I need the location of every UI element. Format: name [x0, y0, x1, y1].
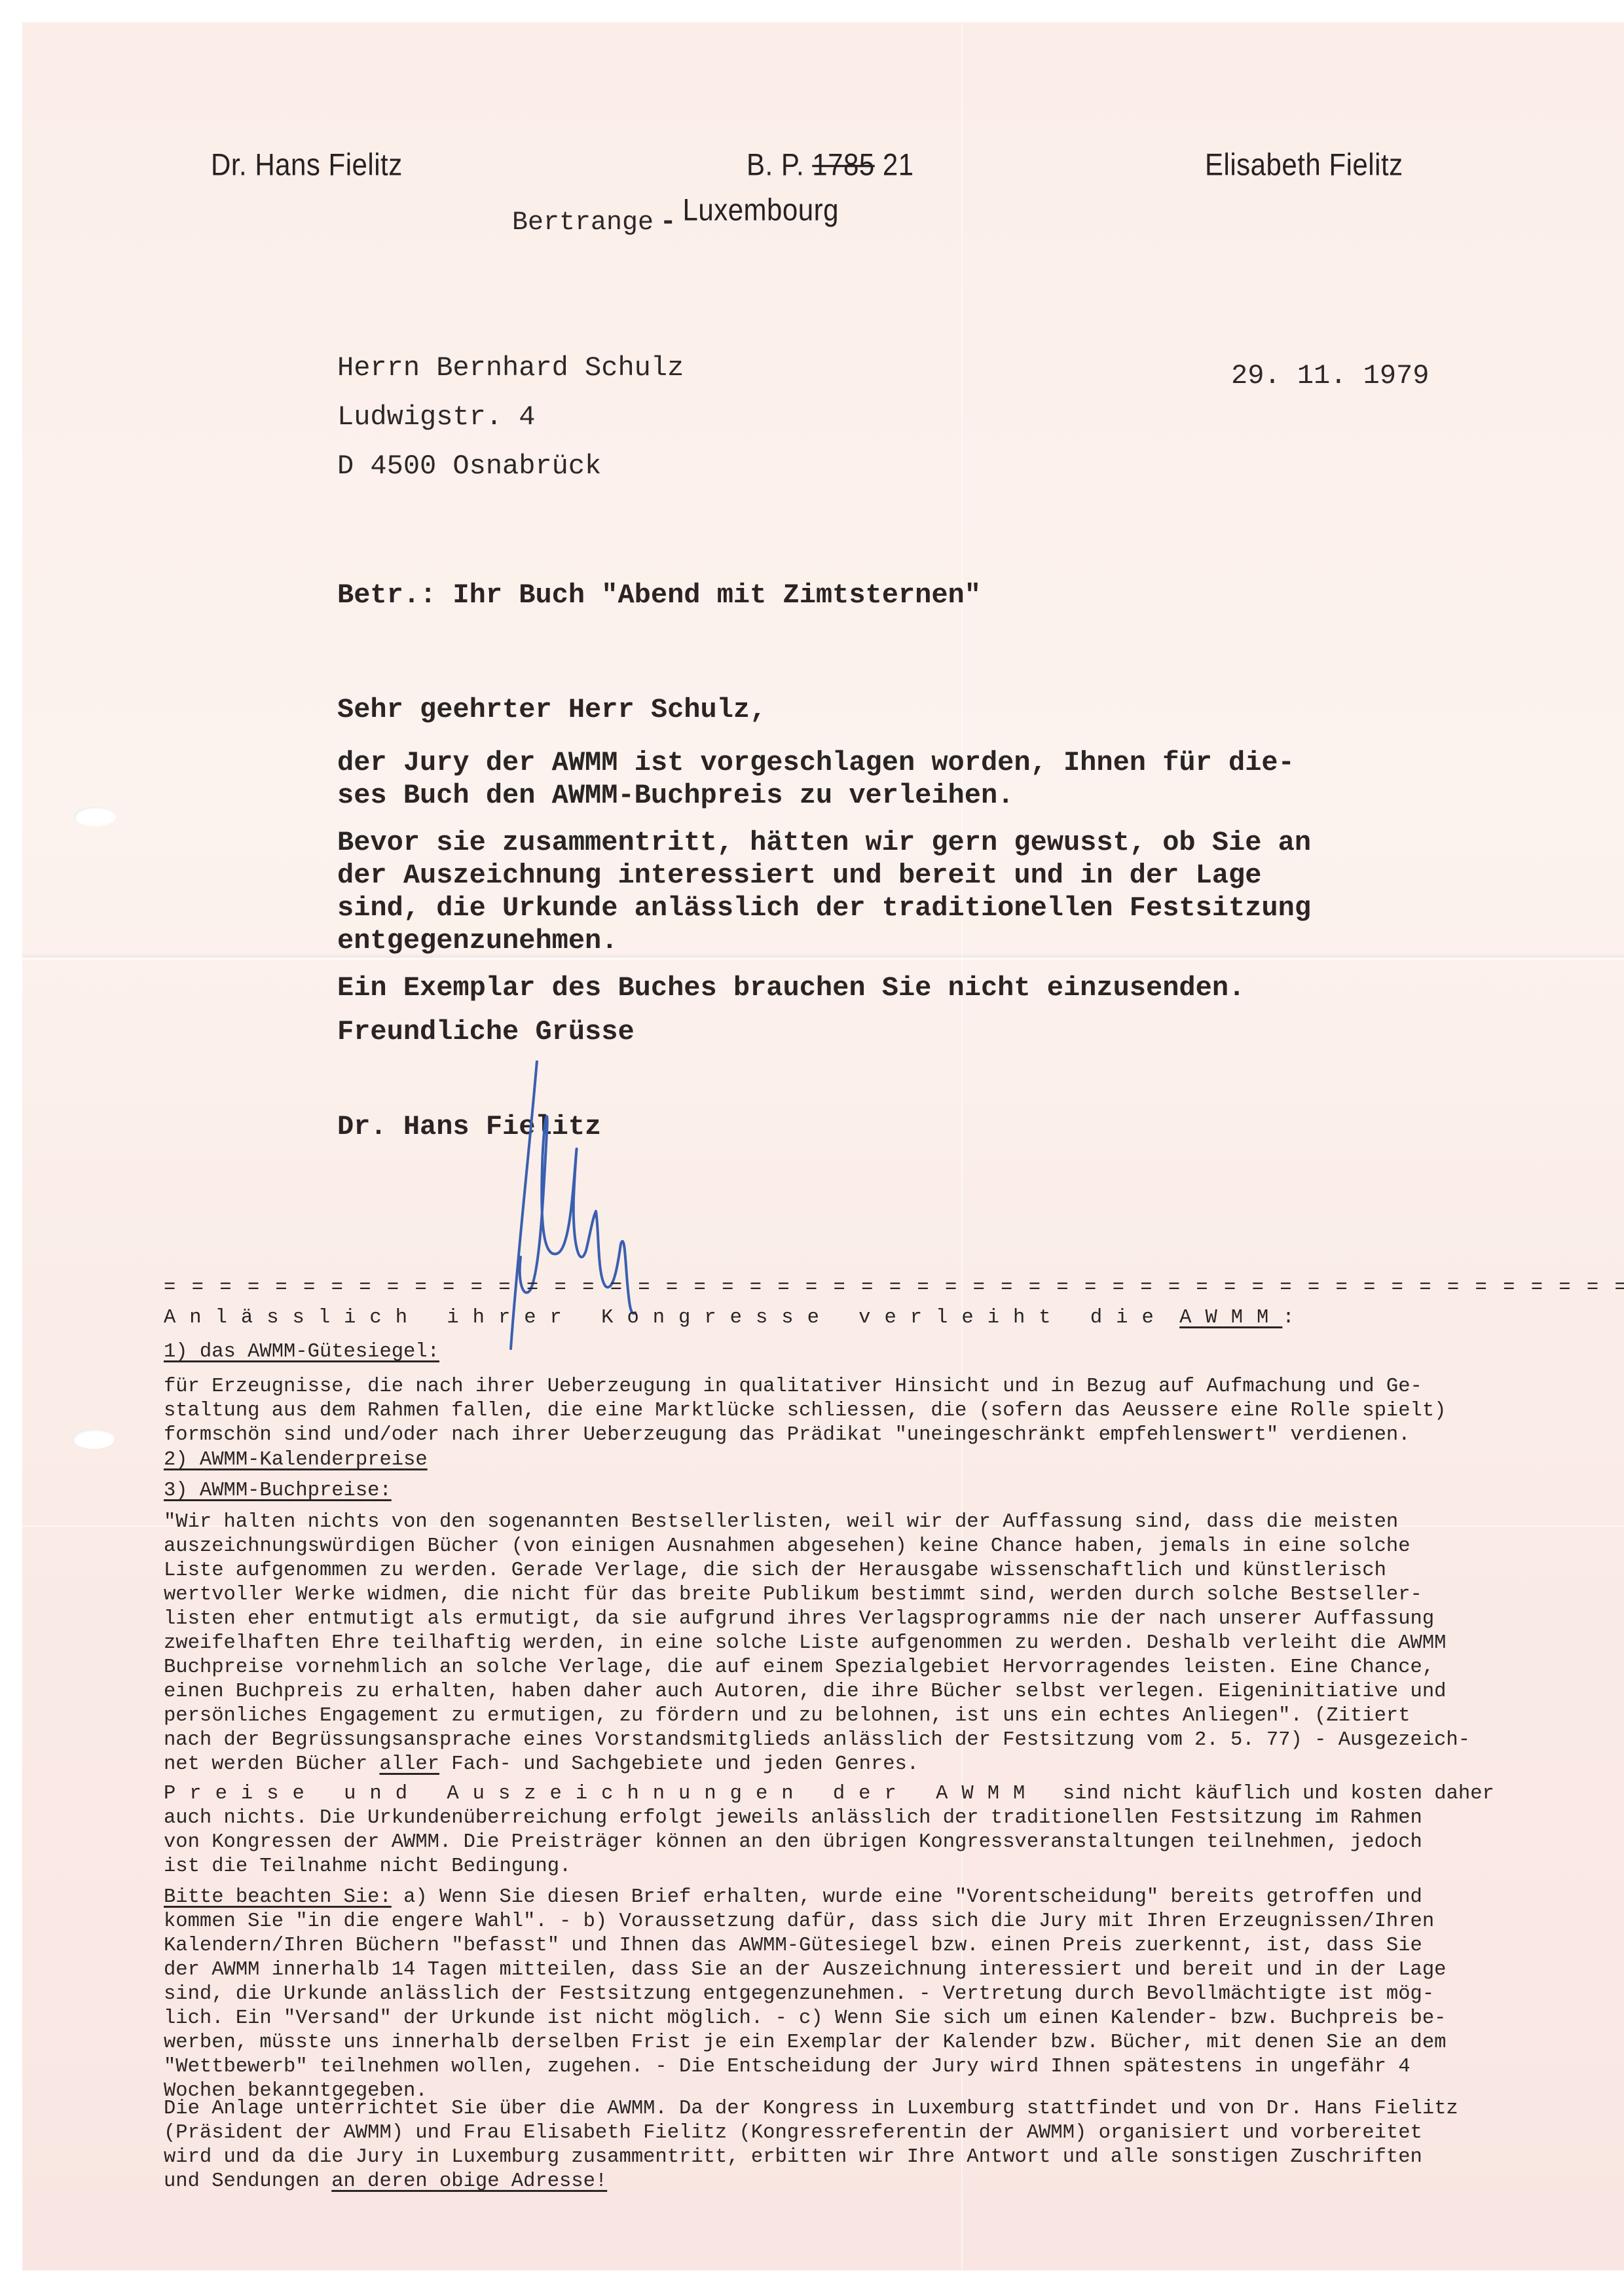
letterhead-left-name: Dr. Hans Fielitz [211, 147, 403, 183]
place-typed: Bertrange [512, 208, 654, 238]
horizontal-fold-line [22, 958, 1624, 960]
letterhead-right-name: Elisabeth Fielitz [1205, 147, 1403, 183]
recipient-name: Herrn Bernhard Schulz [337, 352, 684, 384]
appendix-intro: Anlässlich ihrer Kongresse verleiht die … [164, 1306, 1295, 1330]
closing: Freundliche Grüsse [337, 1016, 635, 1048]
prizes-paragraph: Preise und Auszeichnungen der AWMM sind … [164, 1782, 1572, 1879]
body-paragraph-1: der Jury der AWMM ist vorgeschlagen word… [337, 746, 1295, 812]
item1-heading: 1) das AWMM-Gütesiegel: [164, 1340, 1572, 1364]
place-dash: - [660, 206, 676, 238]
letterhead-place: Bertrange - Luxembourg [512, 204, 839, 238]
prizes-text-first: sind nicht käuflich und kosten daher [1039, 1783, 1494, 1805]
appendix-intro-colon: : [1282, 1307, 1294, 1329]
note-text-first: a) Wenn Sie diesen Brief erhalten, wurde… [392, 1886, 1422, 1908]
item3-text-end: Fach- und Sachgebiete und jeden Genres. [439, 1753, 919, 1776]
body-paragraph-2: Bevor sie zusammentritt, hätten wir gern… [337, 826, 1311, 957]
recipient-street: Ludwigstr. 4 [337, 401, 535, 433]
item3-underlined-word: aller [379, 1753, 439, 1776]
note-paragraph: Bitte beachten Sie: a) Wenn Sie diesen B… [164, 1886, 1572, 2104]
item1-text: für Erzeugnisse, die nach ihrer Ueberzeu… [164, 1375, 1572, 1448]
postbox-prefix: B. P. [747, 147, 804, 182]
item3-heading: 3) AWMM-Buchpreise: [164, 1479, 1572, 1503]
recipient-city: D 4500 Osnabrück [337, 450, 601, 482]
letter-date: 29. 11. 1979 [1231, 360, 1429, 392]
postbox-new-number: 21 [883, 147, 914, 182]
final-underlined-address: an deren obige Adresse! [331, 2170, 607, 2193]
item3-text-main: "Wir halten nichts von den sogenannten B… [164, 1511, 1470, 1776]
item3-text: "Wir halten nichts von den sogenannten B… [164, 1510, 1572, 1777]
postbox-old-number: 1785 [812, 147, 874, 182]
note-text-rest: kommen Sie "in die engere Wahl". - b) Vo… [164, 1910, 1446, 2102]
appendix-intro-org: AWMM [1179, 1307, 1282, 1329]
punch-hole-bottom [73, 1429, 115, 1449]
appendix-intro-text: Anlässlich ihrer Kongresse verleiht die [164, 1307, 1168, 1329]
note-label: Bitte beachten Sie: [164, 1886, 392, 1908]
body-paragraph-3: Ein Exemplar des Buches brauchen Sie nic… [337, 972, 1245, 1004]
separator-line: = = = = = = = = = = = = = = = = = = = = … [164, 1277, 1624, 1299]
punch-hole-top [74, 807, 116, 826]
prizes-spaced-heading: Preise und Auszeichnungen der AWMM [164, 1783, 1039, 1805]
salutation: Sehr geehrter Herr Schulz, [337, 694, 766, 725]
place-printed: Luxembourg [682, 192, 838, 228]
subject-line: Betr.: Ihr Buch "Abend mit Zimtsternen" [337, 579, 981, 611]
letterhead-postbox: B. P. 1785 21 [747, 147, 914, 183]
item2-heading: 2) AWMM-Kalenderpreise [164, 1448, 1572, 1472]
final-paragraph: Die Anlage unterrichtet Sie über die AWM… [164, 2097, 1572, 2194]
prizes-text-rest: auch nichts. Die Urkundenüberreichung er… [164, 1807, 1422, 1878]
